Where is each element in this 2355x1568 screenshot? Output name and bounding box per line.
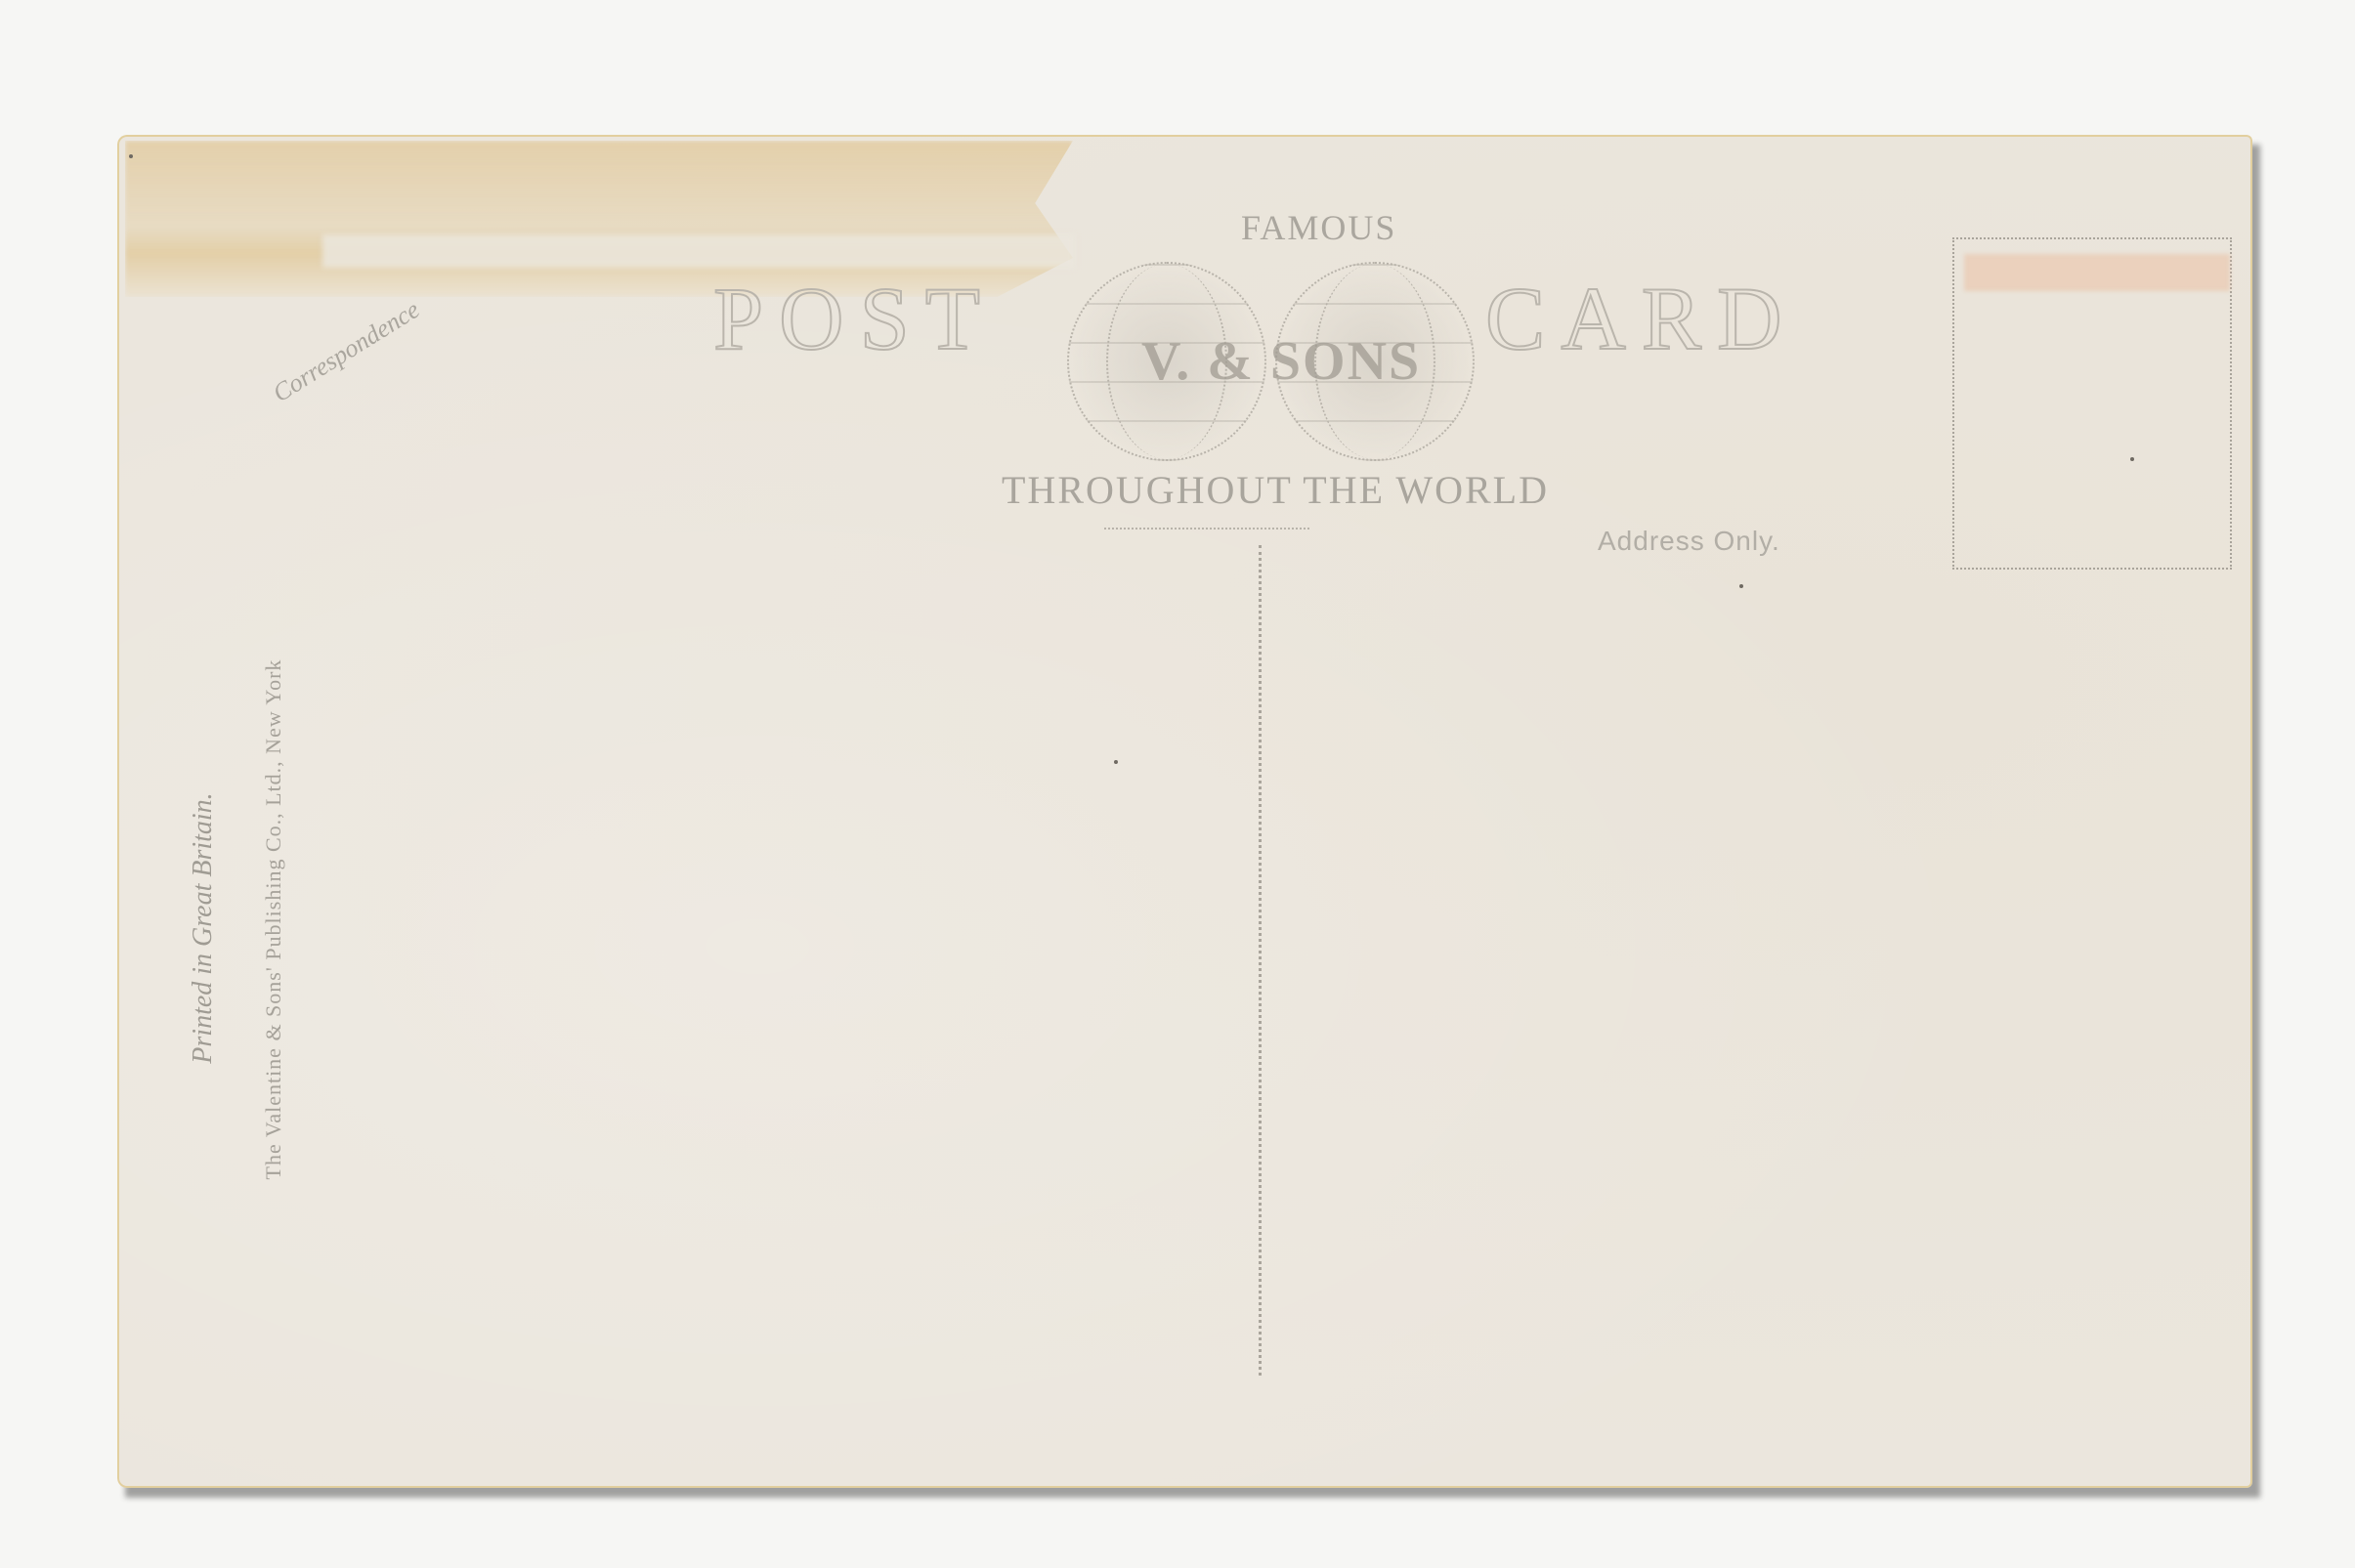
speck — [129, 154, 133, 158]
stamp-box — [1952, 237, 2232, 570]
speck — [2130, 457, 2134, 461]
publisher-logo: V. & SONS — [1141, 330, 1421, 393]
speck — [1739, 584, 1743, 588]
card-word: CARD — [1485, 267, 1798, 370]
divider-top-rule — [1104, 528, 1309, 530]
center-divider-line — [1259, 545, 1262, 1376]
stain-gap — [322, 234, 1075, 268]
stamp-stain — [1964, 254, 2230, 291]
printed-in-imprint: Printed in Great Britain. — [188, 440, 219, 1417]
address-only-label: Address Only. — [1598, 526, 1780, 557]
famous-text: FAMOUS — [1241, 207, 1396, 248]
postcard-back: FAMOUS POST V. & SONS CARD THROUGHOUT TH… — [117, 135, 2252, 1488]
post-word: POST — [713, 267, 996, 370]
correspondence-label: Correspondence — [268, 295, 425, 408]
publisher-imprint: The Valentine & Sons' Publishing Co., Lt… — [261, 431, 286, 1408]
tagline: THROUGHOUT THE WORLD — [1002, 467, 1549, 513]
speck — [1114, 760, 1118, 764]
